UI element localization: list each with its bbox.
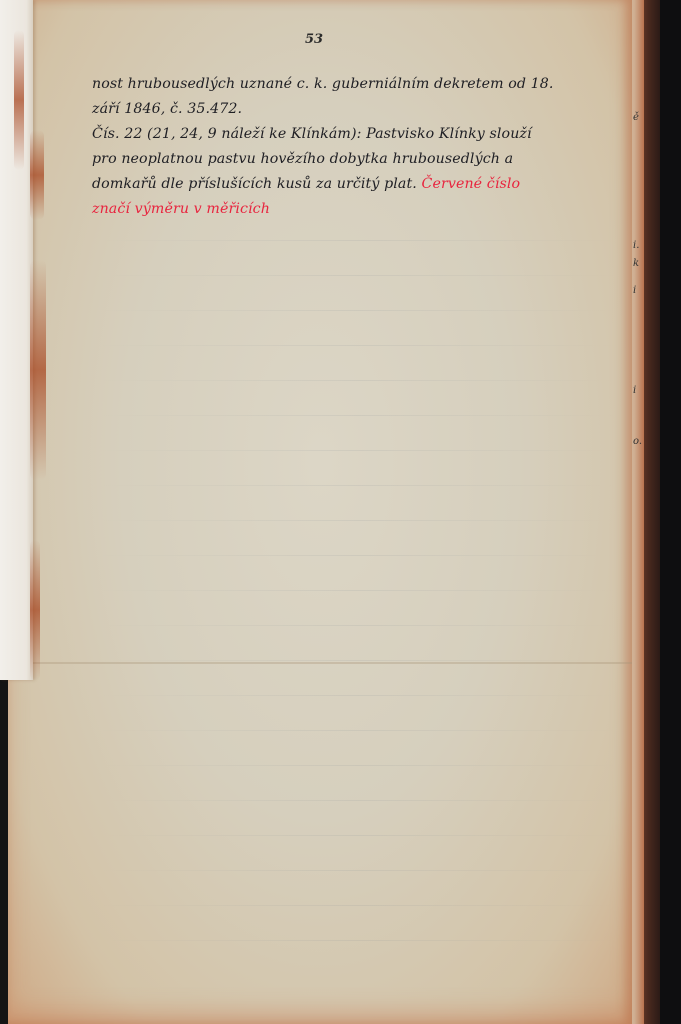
text-line: nost hrubousedlých uznané c. k. guberniá…: [92, 72, 622, 97]
rust-stain: [30, 260, 46, 480]
red-annotation-line: značí výměru v měřicích: [92, 197, 622, 222]
text-line: pro neoplatnou pastvu hovězího dobytka h…: [92, 147, 622, 172]
page-number: 53: [305, 32, 323, 47]
bleed-through-text: [98, 240, 618, 975]
margin-mark: ě: [633, 112, 639, 123]
text-line-content: domkařů dle příslušících kusů za určitý …: [92, 176, 417, 192]
margin-mark: i.: [633, 240, 639, 251]
document-page: 53 nost hrubousedlých uznané c. k. guber…: [8, 0, 632, 1024]
margin-mark: i: [633, 385, 636, 396]
text-line: září 1846, č. 35.472.: [92, 97, 622, 122]
margin-mark: i: [633, 285, 636, 296]
margin-mark: o.: [633, 436, 642, 447]
text-line: domkařů dle příslušících kusů za určitý …: [92, 172, 622, 197]
handwritten-text: nost hrubousedlých uznané c. k. guberniá…: [92, 72, 622, 222]
rust-stain: [14, 30, 24, 170]
rust-stain: [30, 130, 44, 220]
red-annotation: Červené číslo: [422, 176, 521, 192]
rust-stain: [30, 540, 40, 680]
margin-mark: k: [633, 258, 639, 269]
text-line: Čís. 22 (21, 24, 9 náleží ke Klínkám): P…: [92, 122, 622, 147]
